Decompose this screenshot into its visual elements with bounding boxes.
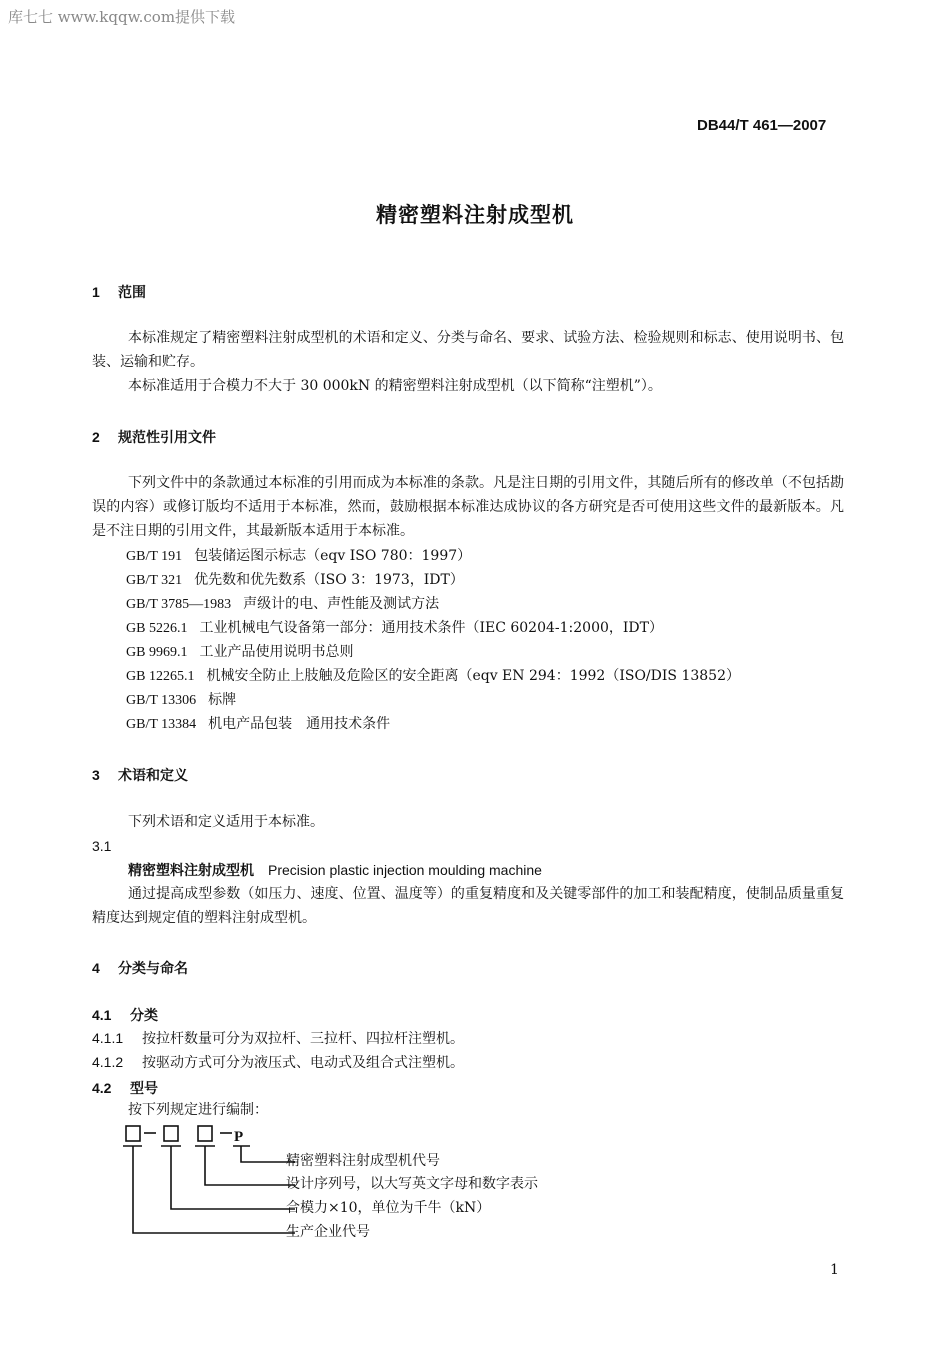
clamping-force-box [164, 1126, 178, 1141]
term-heading: 精密塑料注射成型机Precision plastic injection mou… [128, 858, 542, 883]
term-english: Precision plastic injection moulding mac… [268, 862, 542, 878]
section-2-heading: 2规范性引用文件 [92, 427, 216, 447]
watermark: 库七七 www.kqqw.com提供下载 [8, 6, 235, 27]
label-design-series: 设计序列号，以大写英文字母和数字表示 [286, 1175, 539, 1192]
section-1-paragraph-2: 本标准适用于合模力不大于 30 000kN 的精密塑料注射成型机（以下简称“注塑… [92, 374, 844, 398]
reference-item: GB 9969.1工业产品使用说明书总则 [126, 640, 353, 665]
design-series-box [198, 1126, 212, 1141]
clause-4-1-2: 4.1.2按驱动方式可分为液压式、电动式及组合式注塑机。 [92, 1050, 464, 1075]
standard-code: DB44/T 461—2007 [697, 117, 826, 134]
clause-4-1-1: 4.1.1按拉杆数量可分为双拉杆、三拉杆、四拉杆注塑机。 [92, 1026, 464, 1051]
section-number: 3 [92, 767, 118, 783]
label-clamping-force: 合模力×10，单位为千牛（kN） [286, 1199, 490, 1216]
term-chinese: 精密塑料注射成型机 [128, 863, 254, 879]
reference-item: GB 12265.1机械安全防止上肢触及危险区的安全距离（eqv EN 294：… [126, 664, 740, 689]
section-title: 规范性引用文件 [118, 430, 216, 446]
model-intro: 按下列规定进行编制： [128, 1098, 268, 1122]
term-number: 3.1 [92, 834, 111, 858]
section-1-heading: 1范围 [92, 282, 146, 302]
label-enterprise-code: 生产企业代号 [286, 1223, 370, 1240]
page-number: 1 [830, 1262, 839, 1278]
term-definition: 通过提高成型参数（如压力、速度、位置、温度等）的重复精度和及关键零部件的加工和装… [92, 882, 844, 930]
section-2-paragraph: 下列文件中的条款通过本标准的引用而成为本标准的条款。凡是注日期的引用文件，其随后… [92, 471, 844, 543]
reference-item: GB/T 13306标牌 [126, 688, 236, 713]
section-1-paragraph-1: 本标准规定了精密塑料注射成型机的术语和定义、分类与命名、要求、试验方法、检验规则… [92, 326, 844, 374]
label-precision-machine-code: 精密塑料注射成型机代号 [286, 1152, 440, 1169]
reference-item: GB/T 321优先数和优先数系（ISO 3：1973，IDT） [126, 568, 464, 593]
section-4-2-heading: 4.2型号 [92, 1078, 158, 1098]
section-number: 4 [92, 960, 118, 976]
section-title: 分类与命名 [118, 961, 188, 977]
reference-item: GB 5226.1工业机械电气设备第一部分：通用技术条件（IEC 60204-1… [126, 616, 663, 641]
section-4-1-heading: 4.1分类 [92, 1005, 158, 1025]
document-title: 精密塑料注射成型机 [0, 199, 950, 229]
section-3-intro: 下列术语和定义适用于本标准。 [128, 810, 324, 834]
section-title: 范围 [118, 285, 146, 301]
reference-item: GB/T 191包装储运图示标志（eqv ISO 780：1997） [126, 544, 471, 569]
reference-item: GB/T 13384机电产品包装 通用技术条件 [126, 712, 390, 737]
section-number: 1 [92, 284, 118, 300]
section-4-heading: 4分类与命名 [92, 958, 188, 978]
model-format-diagram: P 精密塑料注射成型机代号 设计序列号，以大写英文字母和数字表示 合模力×10，… [120, 1120, 600, 1250]
section-number: 2 [92, 429, 118, 445]
section-3-heading: 3术语和定义 [92, 765, 188, 785]
section-title: 术语和定义 [118, 768, 188, 784]
reference-item: GB/T 3785—1983声级计的电、声性能及测试方法 [126, 592, 439, 617]
enterprise-code-box [126, 1126, 140, 1141]
precision-code-letter: P [234, 1129, 243, 1145]
